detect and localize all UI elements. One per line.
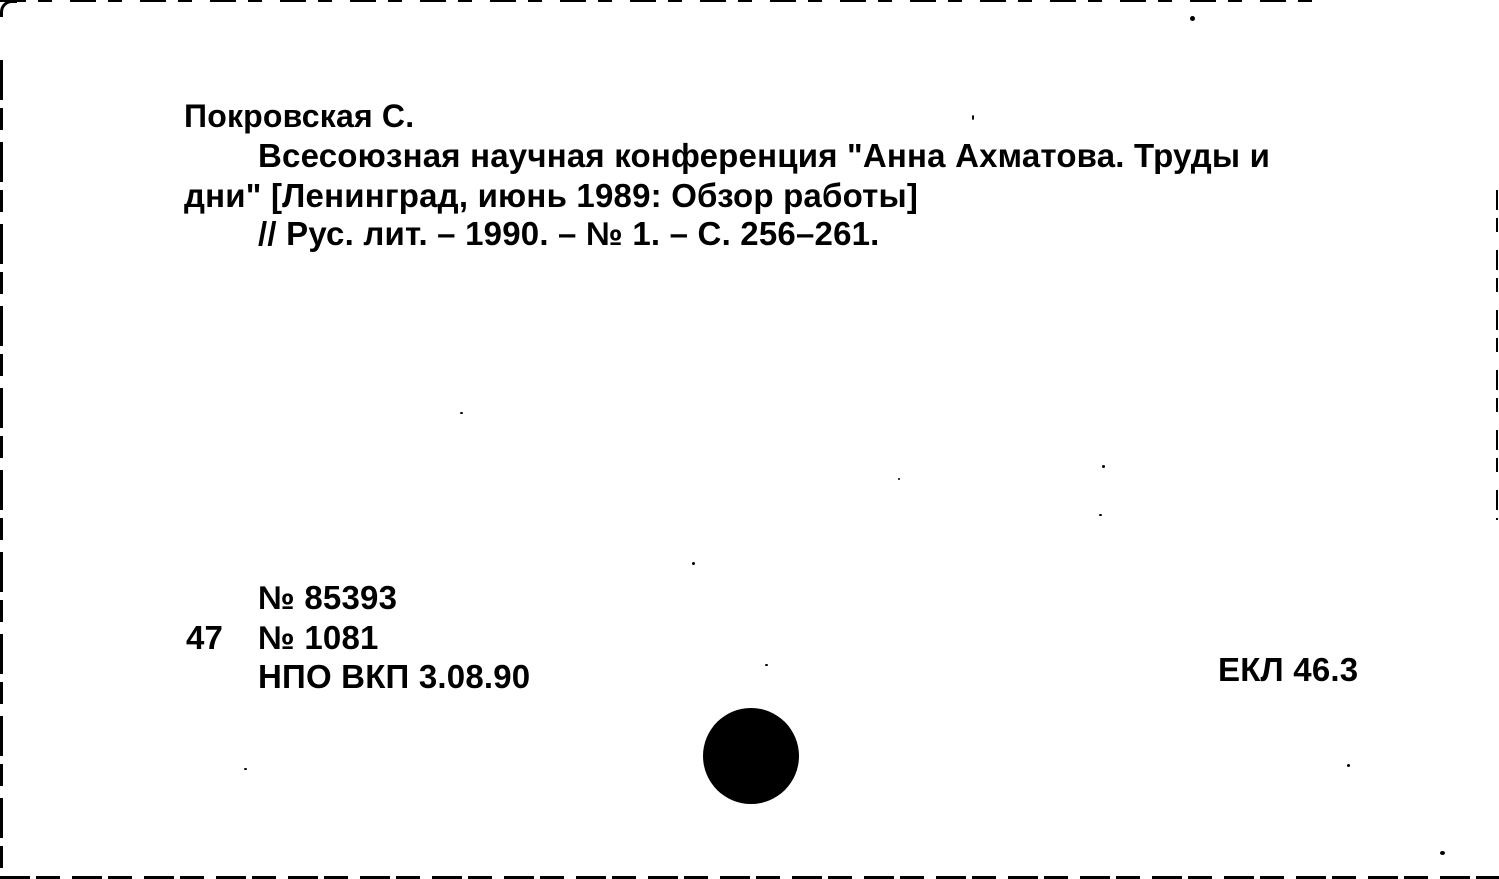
card-right-edge <box>1496 190 1498 520</box>
card-author: Покровская С. <box>184 96 414 136</box>
scan-speck <box>1347 764 1350 767</box>
card-title-line-1: Всесоюзная научная конференция "Анна Ахм… <box>258 136 1270 176</box>
classification-code: ЕКЛ 46.3 <box>1218 650 1358 690</box>
issuer-date: НПО ВКП 3.08.90 <box>258 657 530 697</box>
scan-speck <box>1099 514 1102 516</box>
scan-speck <box>460 412 463 414</box>
scan-speck <box>692 562 695 565</box>
record-number-2: № 1081 <box>258 618 379 658</box>
card-title-line-2: дни" [Ленинград, июнь 1989: Обзор работы… <box>184 176 918 216</box>
scan-speck <box>1440 851 1445 855</box>
punch-hole <box>703 708 799 804</box>
card-top-edge <box>0 0 1330 2</box>
scan-speck <box>1190 16 1195 21</box>
card-corner <box>0 0 17 17</box>
scan-speck <box>244 768 247 770</box>
scan-speck <box>1102 465 1105 468</box>
shelf-number: 47 <box>186 618 223 658</box>
scan-speck <box>765 664 768 666</box>
record-number-1: № 85393 <box>258 578 397 618</box>
scan-speck <box>972 115 974 120</box>
card-left-edge <box>0 60 3 876</box>
card-source: // Рус. лит. – 1990. – № 1. – С. 256–261… <box>258 214 880 254</box>
scan-speck <box>898 478 900 480</box>
